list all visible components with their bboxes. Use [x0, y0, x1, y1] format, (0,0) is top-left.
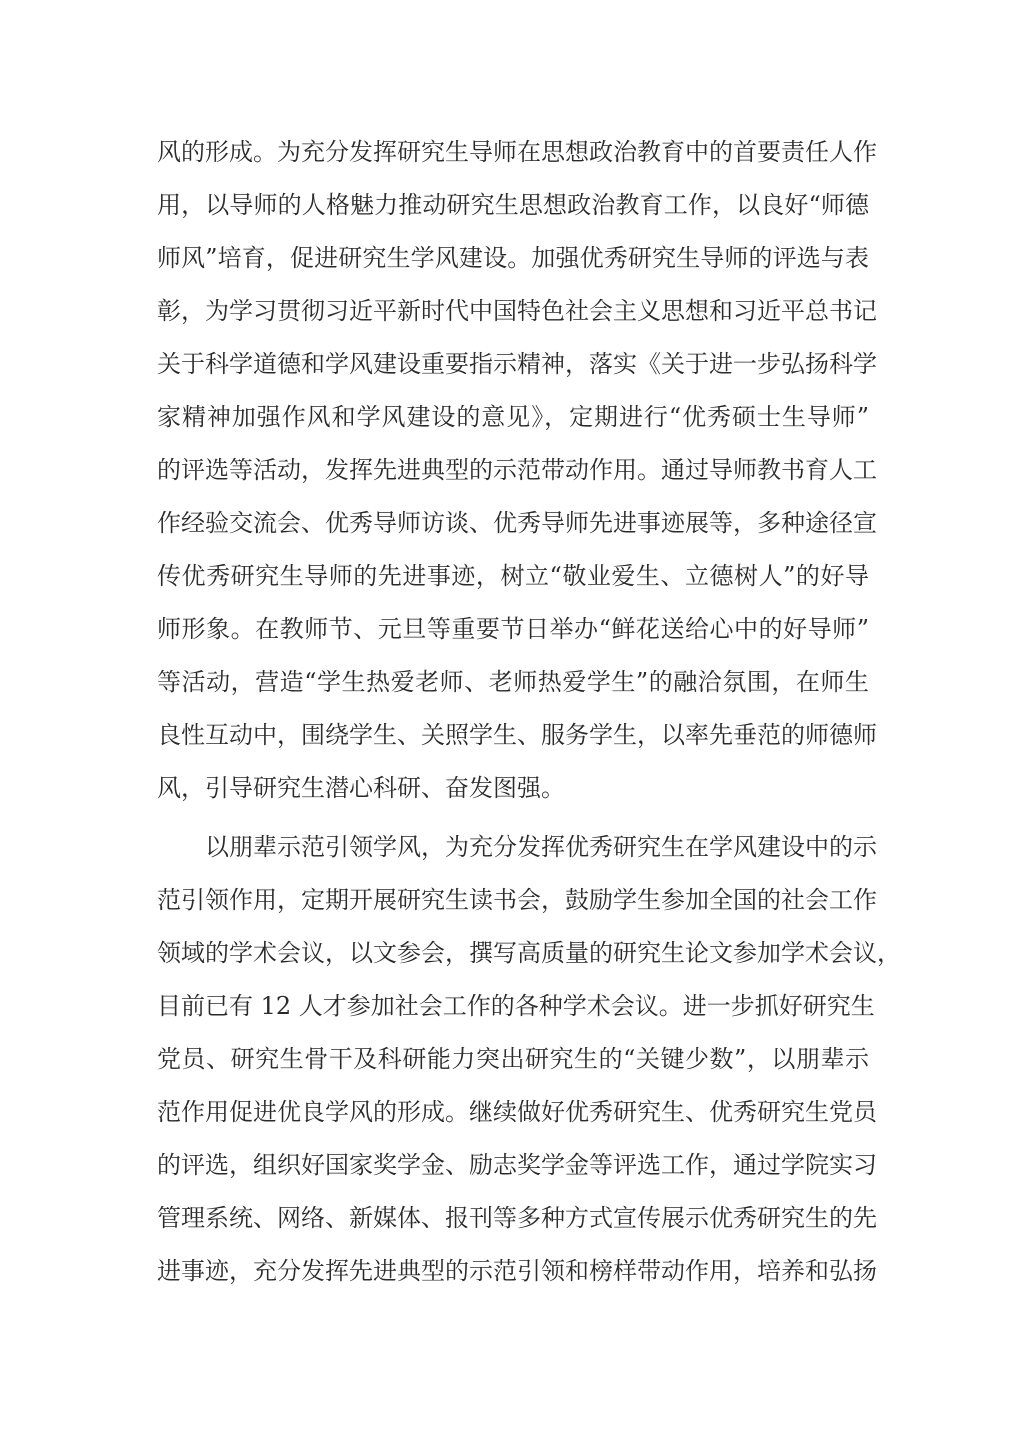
text-line: 风，引导研究生潜心科研、奋发图强。 — [157, 768, 869, 808]
text-line: 作经验交流会、优秀导师访谈、优秀导师先进事迹展等，多种途径宣 — [157, 503, 869, 543]
text-line: 党员、研究生骨干及科研能力突出研究生的“关键少数”，以朋辈示 — [157, 1039, 869, 1079]
text-line: 传优秀研究生导师的先进事迹，树立“敬业爱生、立德树人”的好导 — [157, 556, 869, 596]
document-page: 风的形成。为充分发挥研究生导师在思想政治教育中的首要责任人作 用，以导师的人格魅… — [0, 0, 1024, 1448]
text-line: 目前已有 12 人才参加社会工作的各种学术会议。进一步抓好研究生 — [157, 986, 869, 1026]
text-line: 以朋辈示范引领学风，为充分发挥优秀研究生在学风建设中的示 — [205, 827, 869, 867]
text-line: 关于科学道德和学风建设重要指示精神，落实《关于进一步弘扬科学 — [157, 344, 869, 384]
text-line: 进事迹，充分发挥先进典型的示范引领和榜样带动作用，培养和弘扬 — [157, 1251, 869, 1291]
text-line: 的评选，组织好国家奖学金、励志奖学金等评选工作，通过学院实习 — [157, 1145, 869, 1185]
text-line: 范引领作用，定期开展研究生读书会，鼓励学生参加全国的社会工作 — [157, 880, 869, 920]
text-line: 彰，为学习贯彻习近平新时代中国特色社会主义思想和习近平总书记 — [157, 291, 869, 331]
text-line: 师形象。在教师节、元旦等重要节日举办“鲜花送给心中的好导师” — [157, 609, 869, 649]
text-line: 范作用促进优良学风的形成。继续做好优秀研究生、优秀研究生党员 — [157, 1092, 869, 1132]
text-line: 领域的学术会议，以文参会，撰写高质量的研究生论文参加学术会议， — [157, 933, 869, 973]
text-line: 家精神加强作风和学风建设的意见》，定期进行“优秀硕士生导师” — [157, 397, 869, 437]
text-line: 良性互动中，围绕学生、关照学生、服务学生，以率先垂范的师德师 — [157, 715, 869, 755]
text-line: 管理系统、网络、新媒体、报刊等多种方式宣传展示优秀研究生的先 — [157, 1198, 869, 1238]
text-line: 风的形成。为充分发挥研究生导师在思想政治教育中的首要责任人作 — [157, 132, 869, 172]
text-line: 用，以导师的人格魅力推动研究生思想政治教育工作，以良好“师德 — [157, 185, 869, 225]
text-line: 师风”培育，促进研究生学风建设。加强优秀研究生导师的评选与表 — [157, 238, 869, 278]
text-line: 的评选等活动，发挥先进典型的示范带动作用。通过导师教书育人工 — [157, 450, 869, 490]
text-line: 等活动，营造“学生热爱老师、老师热爱学生”的融洽氛围，在师生 — [157, 662, 869, 702]
